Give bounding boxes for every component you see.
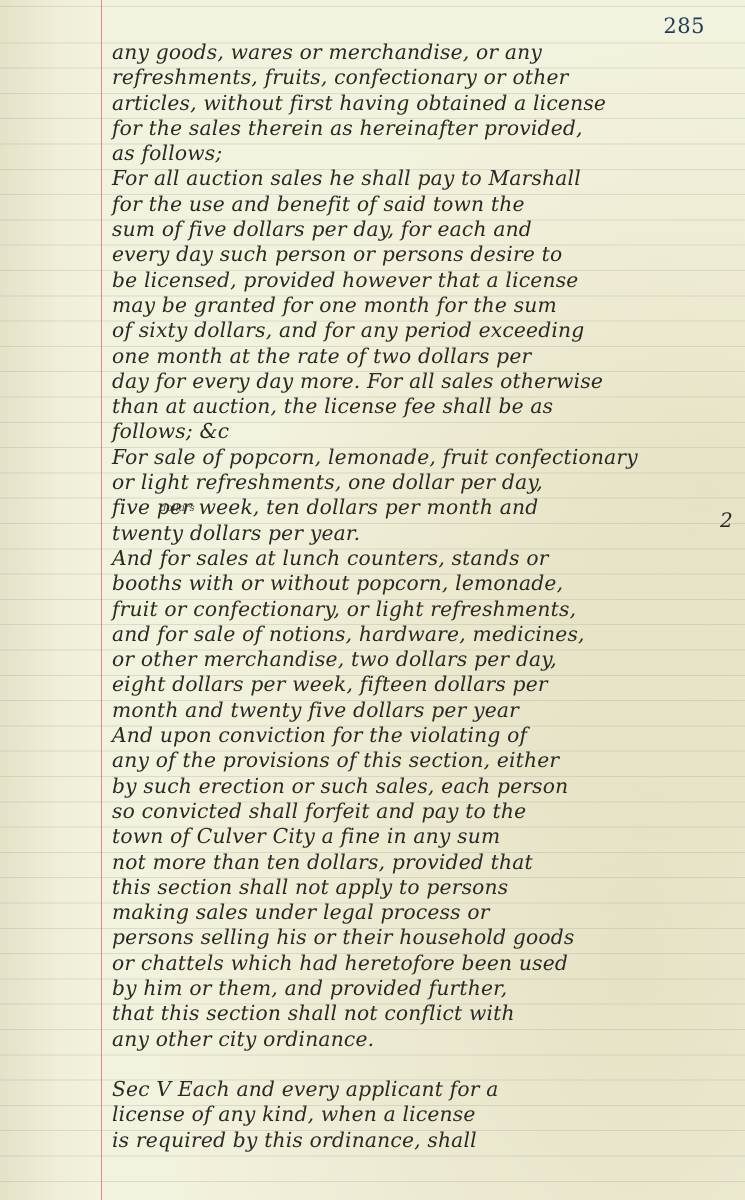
text-line: as follows; [112,141,734,166]
manuscript-text: any goods, wares or merchandise, or any … [112,40,742,1153]
text-line: sum of five dollars per day, for each an… [112,217,734,242]
text-line: for the sales therein as hereinafter pro… [112,116,734,141]
text-line: For sale of popcorn, lemonade, fruit con… [112,445,734,470]
text-line: persons selling his or their household g… [112,925,734,950]
text-line: For all auction sales he shall pay to Ma… [112,166,734,191]
text-line: any goods, wares or merchandise, or any [112,40,734,65]
text-line: refreshments, fruits, confectionary or o… [112,65,734,90]
text-line: fruit or confectionary, or light refresh… [112,597,734,622]
text-line: this section shall not apply to persons [112,875,734,900]
text-line: than at auction, the license fee shall b… [112,394,734,419]
text-line: that this section shall not conflict wit… [112,1001,734,1026]
ledger-page: 285 dollars 2 any goods, wares or mercha… [0,0,745,1200]
text-line: making sales under legal process or [112,900,734,925]
text-line: twenty dollars per year. [112,521,734,546]
text-line: may be granted for one month for the sum [112,293,734,318]
text-line: or light refreshments, one dollar per da… [112,470,734,495]
section-v-line: is required by this ordinance, shall [112,1128,734,1153]
text-line: or chattels which had heretofore been us… [112,951,734,976]
text-line: follows; &c [112,419,734,444]
text-line: be licensed, provided however that a lic… [112,268,734,293]
text-line: And for sales at lunch counters, stands … [112,546,734,571]
text-line: town of Culver City a fine in any sum [112,824,734,849]
section-v-line: Sec V Each and every applicant for a [112,1077,734,1102]
text-line: for the use and benefit of said town the [112,192,734,217]
red-margin-line [101,0,102,1200]
text-line: every day such person or persons desire … [112,242,734,267]
text-line: And upon conviction for the violating of [112,723,734,748]
text-line: and for sale of notions, hardware, medic… [112,622,734,647]
section-v-line: license of any kind, when a license [112,1102,734,1127]
text-line: of sixty dollars, and for any period exc… [112,318,734,343]
text-line: articles, without first having obtained … [112,91,734,116]
text-line: eight dollars per week, fifteen dollars … [112,672,734,697]
text-line: or other merchandise, two dollars per da… [112,647,734,672]
text-line: five per week, ten dollars per month and [112,495,734,520]
text-line: one month at the rate of two dollars per [112,344,734,369]
text-line: by him or them, and provided further, [112,976,734,1001]
text-line: so convicted shall forfeit and pay to th… [112,799,734,824]
page-number: 285 [663,14,705,38]
text-line: month and twenty five dollars per year [112,698,734,723]
text-line: any of the provisions of this section, e… [112,748,734,773]
text-line: by such erection or such sales, each per… [112,774,734,799]
blank-line [112,1052,734,1077]
text-line: day for every day more. For all sales ot… [112,369,734,394]
text-line: any other city ordinance. [112,1027,734,1052]
text-line: not more than ten dollars, provided that [112,850,734,875]
text-line: booths with or without popcorn, lemonade… [112,571,734,596]
